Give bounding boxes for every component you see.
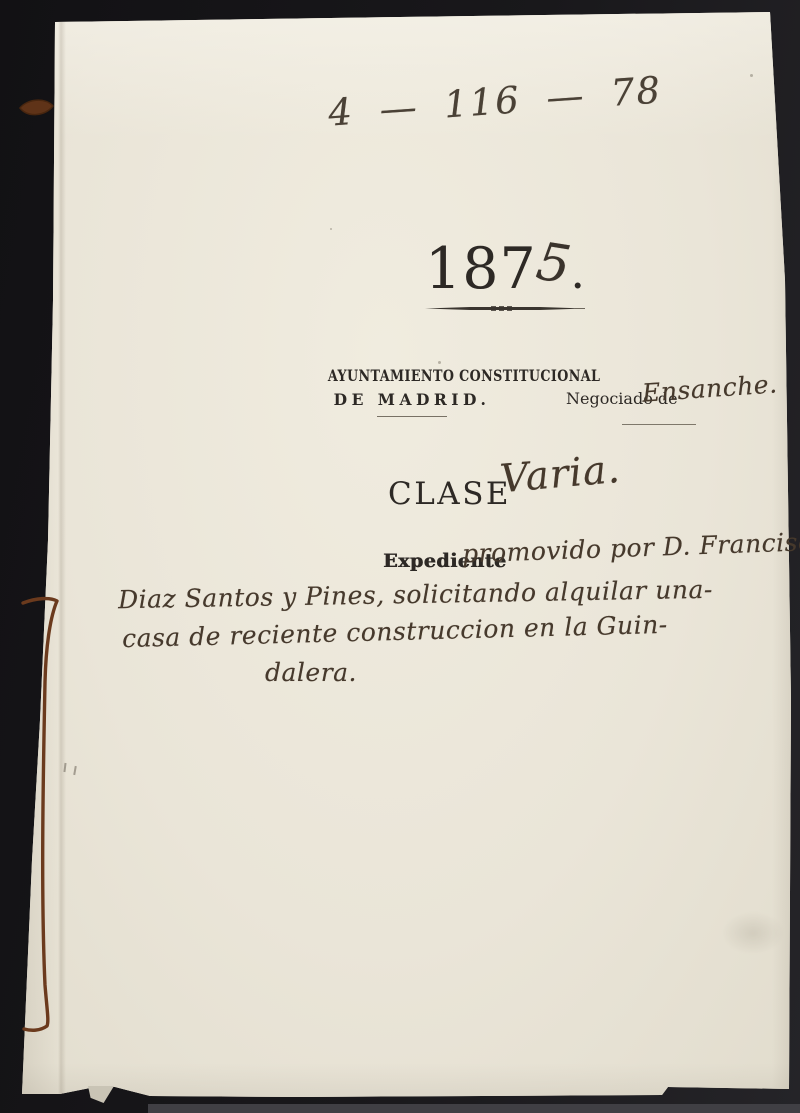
binding-thread-knot [20, 100, 53, 114]
binding-thread-strand [23, 599, 57, 1031]
archive-photo-background: 4 — 116 — 78 1875. AYUNTAMIENTO CONSTITU… [0, 0, 800, 1113]
paper-speck [330, 228, 332, 230]
paper-speck [750, 74, 753, 77]
binding-thread [0, 0, 800, 1113]
paper-speck [438, 361, 441, 364]
faint-embossed-stamp [722, 912, 784, 954]
